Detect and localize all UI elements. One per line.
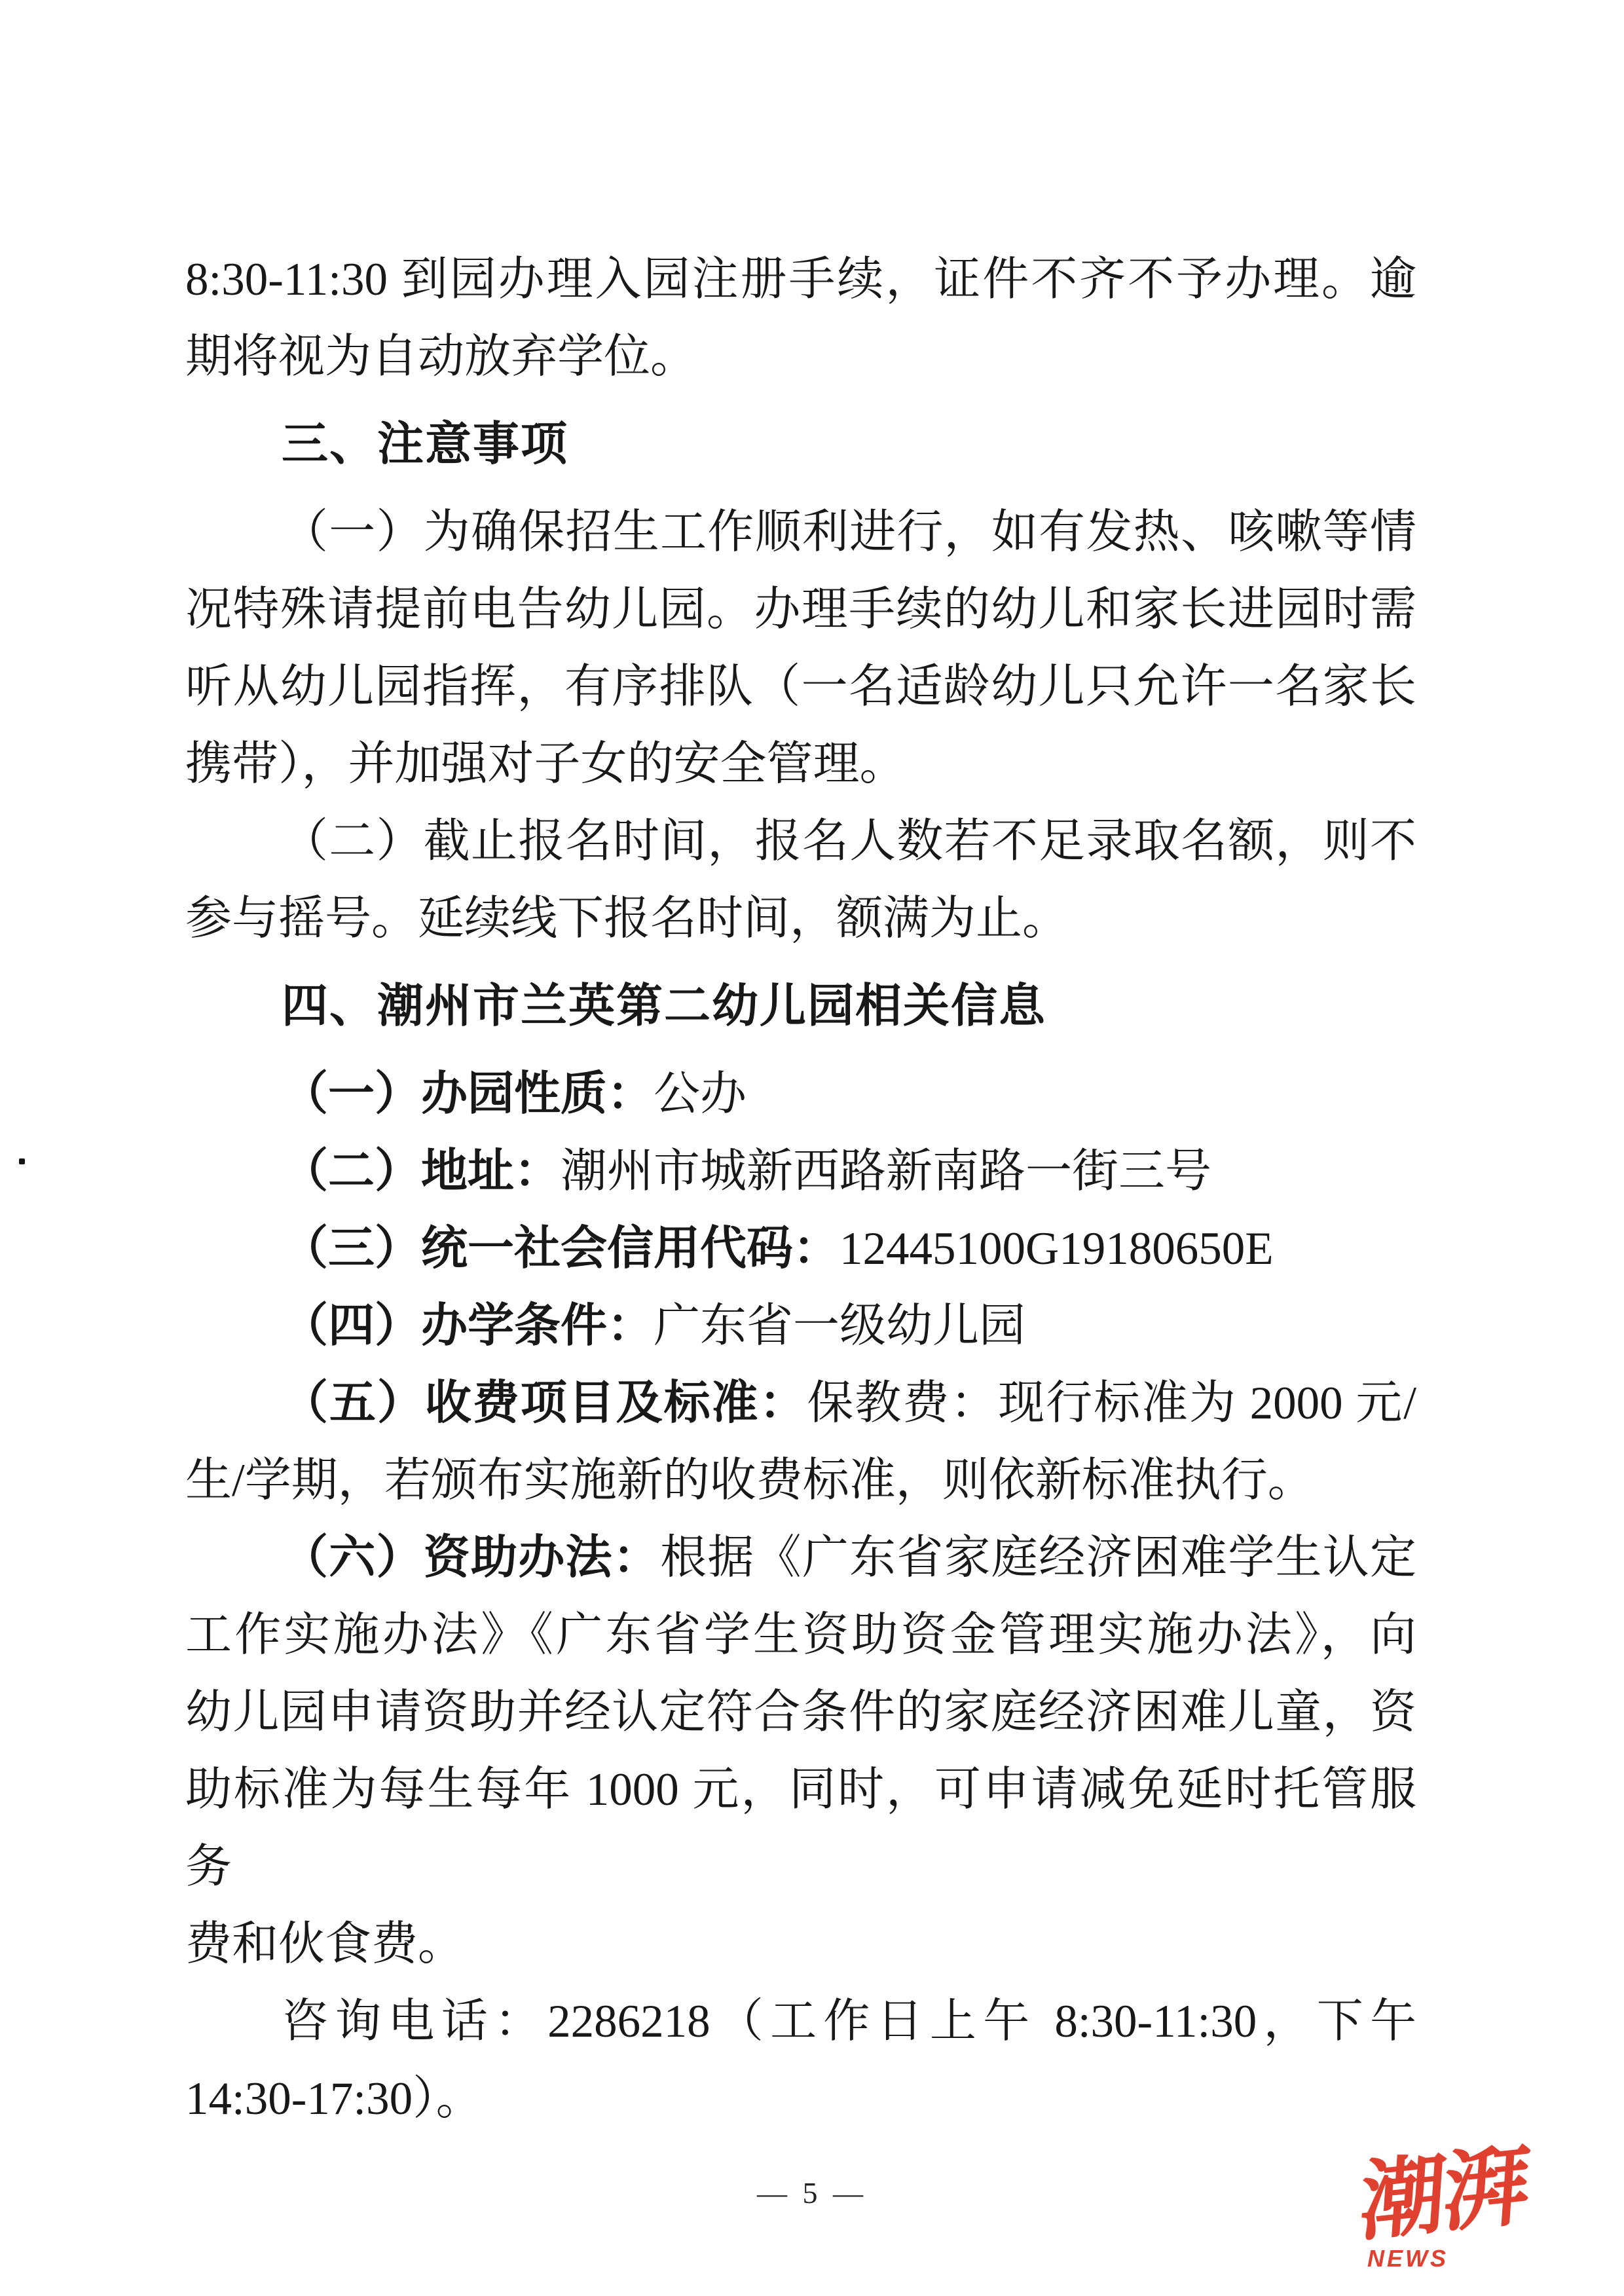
text-line: （五）收费项目及标准：保教费：现行标准为 2000 元/	[185, 1365, 1416, 1442]
line-text: （一）为确保招生工作顺利进行，如有发热、咳嗽等情	[282, 507, 1416, 558]
line-text: （二）截止报名时间，报名人数若不足录取名额，则不	[282, 816, 1416, 867]
text-line: 14:30-17:30）。	[185, 2060, 1416, 2138]
text-line: 况特殊请提前电告幼儿园。办理手续的幼儿和家长进园时需	[185, 571, 1416, 648]
line-text: 潮州市城新西路新南路一街三号	[561, 1146, 1211, 1197]
text-line: （一）为确保招生工作顺利进行，如有发热、咳嗽等情	[185, 494, 1416, 571]
line-text: 携带），并加强对子女的安全管理。	[185, 739, 906, 790]
section-heading-four: 四、潮州市兰英第二幼儿园相关信息	[185, 968, 1416, 1045]
text-line: 工作实施办法》《广东省学生资助资金管理实施办法》，向	[185, 1597, 1416, 1674]
line-text: 8:30-11:30 到园办理入园注册手续，证件不齐不予办理。逾	[185, 254, 1416, 305]
heading-text: 四、潮州市兰英第二幼儿园相关信息	[282, 980, 1046, 1032]
logo-news-text: NEWS	[1367, 2245, 1449, 2272]
text-line: 携带），并加强对子女的安全管理。	[185, 726, 1416, 803]
document-page: 8:30-11:30 到园办理入园注册手续，证件不齐不予办理。逾 期将视为自动放…	[0, 0, 1624, 2296]
text-line: 费和伙食费。	[185, 1906, 1416, 1983]
line-text: 工作实施办法》《广东省学生资助资金管理实施办法》，向	[185, 1610, 1416, 1661]
logo-wordmark: 潮湃	[1357, 2136, 1530, 2253]
text-line: 生/学期，若颁布实施新的收费标准，则依新标准执行。	[185, 1442, 1416, 1519]
text-line: 助标准为每生每年 1000 元，同时，可申请减免延时托管服务	[185, 1751, 1416, 1906]
text-line: （四）办学条件：广东省一级幼儿园	[185, 1287, 1416, 1365]
line-text: 期将视为自动放弃学位。	[185, 331, 697, 382]
line-text: 广东省一级幼儿园	[654, 1301, 1025, 1352]
text-line: （一）办园性质：公办	[185, 1056, 1416, 1133]
line-text: 幼儿园申请资助并经认定符合条件的家庭经济困难儿童，资	[185, 1687, 1416, 1738]
text-line: 幼儿园申请资助并经认定符合条件的家庭经济困难儿童，资	[185, 1674, 1416, 1751]
text-line: 参与摇号。延续线下报名时间，额满为止。	[185, 880, 1416, 957]
line-text: 12445100G19180650E	[840, 1223, 1274, 1274]
chaopai-news-logo: 潮湃 NEWS	[1357, 2155, 1579, 2295]
line-text: 保教费：现行标准为 2000 元/	[807, 1378, 1416, 1429]
line-text: 14:30-17:30）。	[185, 2073, 483, 2124]
section-heading-three: 三、注意事项	[185, 406, 1416, 483]
line-bold-text: （四）办学条件：	[282, 1301, 654, 1352]
line-bold-text: （一）办园性质：	[282, 1069, 654, 1120]
line-text: 公办	[654, 1069, 747, 1120]
scan-speck	[19, 1158, 25, 1164]
line-bold-text: （三）统一社会信用代码：	[282, 1223, 840, 1274]
line-text: 助标准为每生每年 1000 元，同时，可申请减免延时托管服务	[185, 1764, 1416, 1893]
line-text: 生/学期，若颁布实施新的收费标准，则依新标准执行。	[185, 1455, 1314, 1506]
text-line: 8:30-11:30 到园办理入园注册手续，证件不齐不予办理。逾	[185, 241, 1416, 318]
line-text: 听从幼儿园指挥，有序排队（一名适龄幼儿只允许一名家长	[185, 661, 1416, 713]
text-line: （六）资助办法：根据《广东省家庭经济困难学生认定	[185, 1519, 1416, 1597]
heading-text: 三、注意事项	[282, 418, 568, 470]
text-line: 听从幼儿园指挥，有序排队（一名适龄幼儿只允许一名家长	[185, 648, 1416, 726]
text-line: （二）地址：潮州市城新西路新南路一街三号	[185, 1133, 1416, 1210]
line-bold-text: （六）资助办法：	[282, 1532, 660, 1583]
text-line: （三）统一社会信用代码：12445100G19180650E	[185, 1210, 1416, 1287]
text-line: 期将视为自动放弃学位。	[185, 318, 1416, 396]
document-body: 8:30-11:30 到园办理入园注册手续，证件不齐不予办理。逾 期将视为自动放…	[185, 241, 1416, 2138]
line-text: 费和伙食费。	[185, 1919, 464, 1970]
line-text: 况特殊请提前电告幼儿园。办理手续的幼儿和家长进园时需	[185, 584, 1416, 635]
line-text: 根据《广东省家庭经济困难学生认定	[660, 1532, 1416, 1583]
line-bold-text: （二）地址：	[282, 1146, 561, 1197]
text-line: 咨询电话：2286218（工作日上午 8:30-11:30，下午	[185, 1983, 1416, 2060]
text-line: （二）截止报名时间，报名人数若不足录取名额，则不	[185, 803, 1416, 880]
line-text: 参与摇号。延续线下报名时间，额满为止。	[185, 893, 1069, 944]
line-bold-text: （五）收费项目及标准：	[282, 1378, 807, 1429]
line-text: 咨询电话：2286218（工作日上午 8:30-11:30，下午	[282, 1996, 1416, 2047]
